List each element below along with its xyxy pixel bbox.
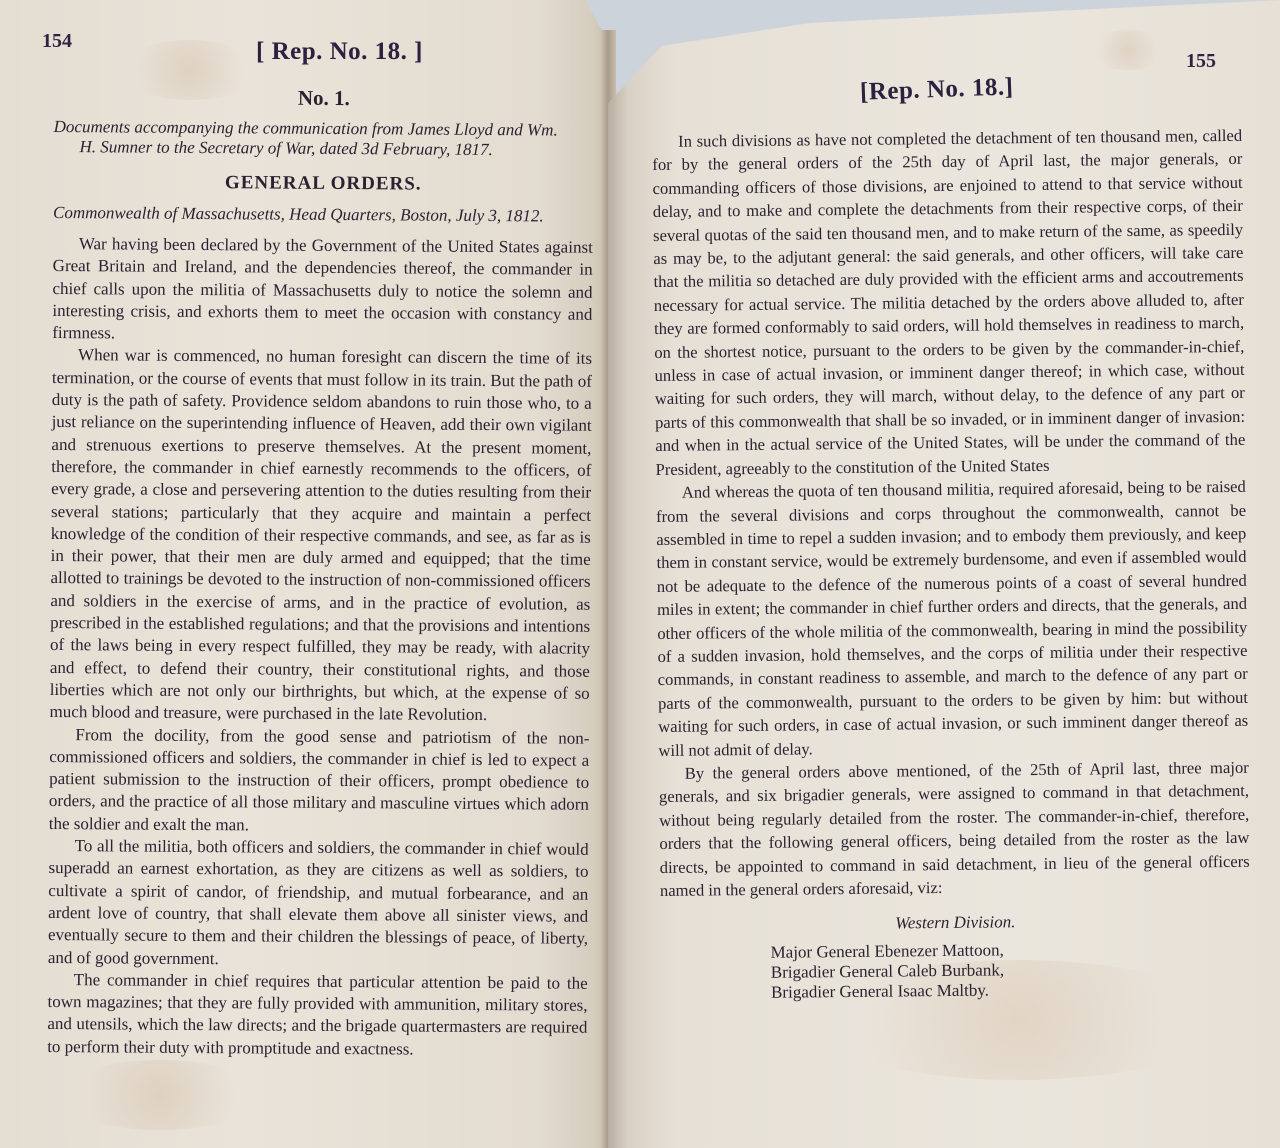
running-head: [ Rep. No. 18. ] [256, 38, 423, 66]
dateline: Commonwealth of Massachusetts, Head Quar… [53, 203, 593, 227]
paragraph: When war is commenced, no human foresigh… [50, 344, 593, 727]
paragraph: By the general orders above mentioned, o… [659, 756, 1250, 903]
open-book-spread: 154 [ Rep. No. 18. ] No. 1. Documents ac… [0, 0, 1280, 1148]
document-number: No. 1. [54, 84, 594, 113]
division-heading: Western Division. [660, 910, 1250, 936]
paragraph: To all the militia, both officers and so… [48, 835, 589, 973]
left-page-body: No. 1. Documents accompanying the commun… [47, 80, 594, 1062]
right-page-body: In such divisions as have not completed … [652, 124, 1251, 1005]
paragraph: The commander in chief requires that par… [47, 969, 588, 1062]
page-number: 154 [42, 30, 72, 53]
paragraph: War having been declared by the Governme… [52, 233, 593, 348]
paper-stain [60, 1060, 260, 1130]
running-head: [Rep. No. 18.] [860, 73, 1014, 106]
page-number: 155 [1186, 50, 1216, 73]
caption-line-2: H. Sumner to the Secretary of War, dated… [53, 137, 593, 161]
document-caption: Documents accompanying the communication… [53, 117, 593, 161]
officer-list: Major General Ebenezer Mattoon, Brigadie… [771, 938, 1252, 1003]
section-heading: GENERAL ORDERS. [53, 171, 593, 197]
right-page: 155 [Rep. No. 18.] In such divisions as … [608, 0, 1280, 1148]
paragraph: From the docility, from the good sense a… [49, 724, 590, 839]
caption-line-1: Documents accompanying the communication… [54, 117, 558, 140]
paragraph: In such divisions as have not completed … [652, 124, 1246, 481]
paragraph: And whereas the quota of ten thousand mi… [656, 475, 1249, 762]
left-page: 154 [ Rep. No. 18. ] No. 1. Documents ac… [0, 0, 610, 1148]
paper-stain [1088, 30, 1168, 70]
